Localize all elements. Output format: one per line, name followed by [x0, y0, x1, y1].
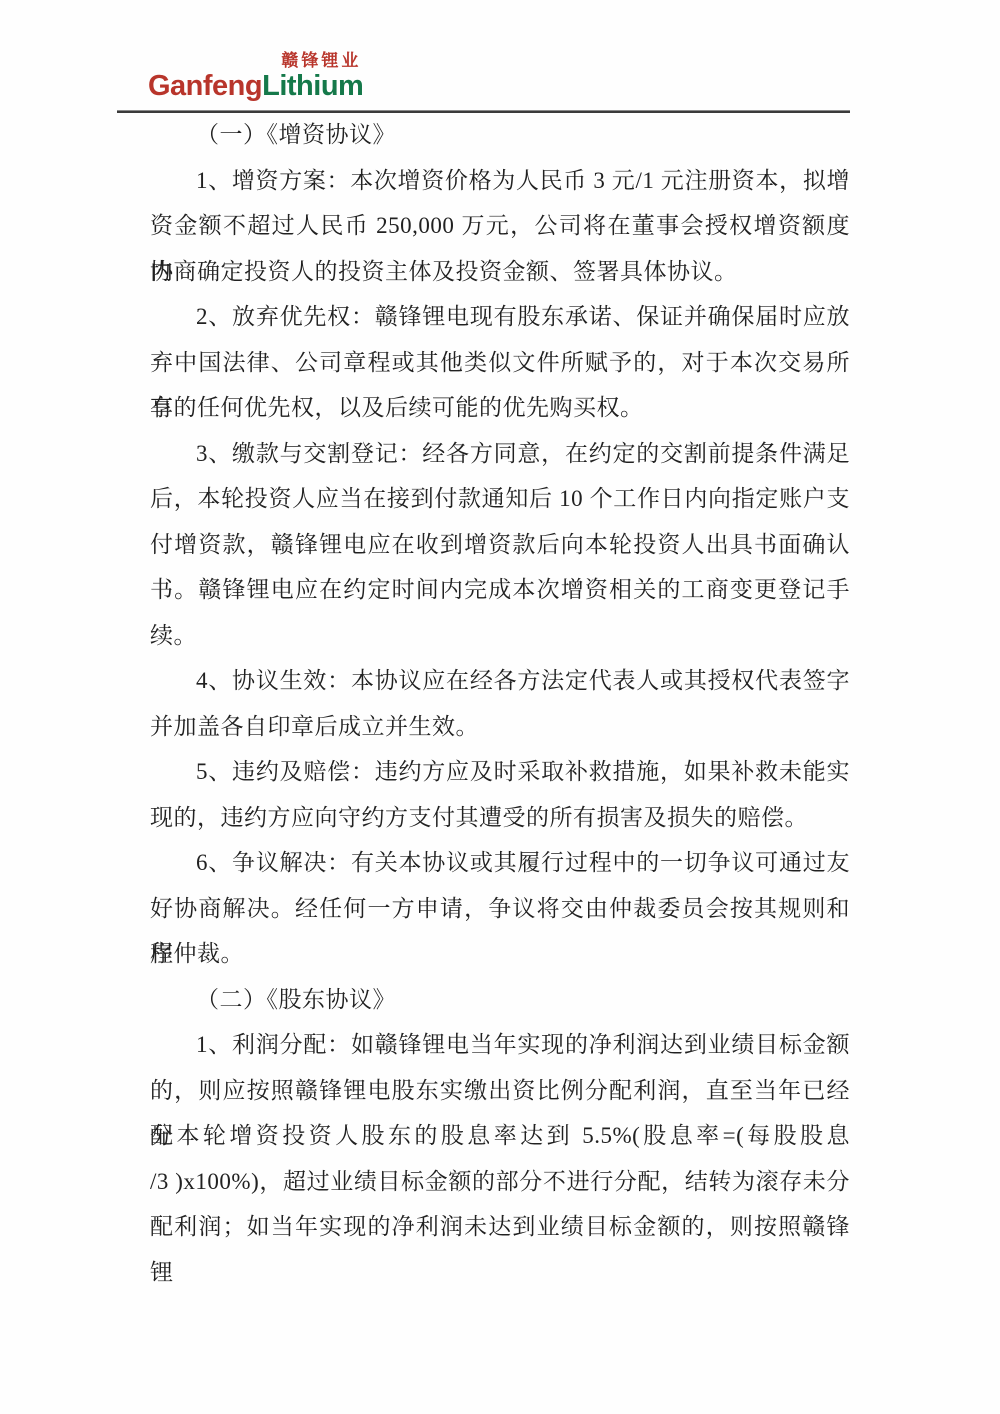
text-line: 弃中国法律、公司章程或其他类似文件所赋予的，对于本次交易所享: [150, 340, 850, 386]
company-logo: 赣锋锂业 GanfengLithium: [148, 52, 363, 101]
text-line: 1、增资方案：本次增资价格为人民币 3 元/1 元注册资本，拟增: [150, 158, 850, 204]
text-line: 后，本轮投资人应当在接到付款通知后 10 个工作日内向指定账户支: [150, 476, 850, 522]
logo-chinese-name: 赣锋锂业: [148, 52, 363, 69]
text-line: 有的任何优先权，以及后续可能的优先购买权。: [150, 385, 850, 431]
text-line: 好协商解决。经任何一方申请，争议将交由仲裁委员会按其规则和程: [150, 886, 850, 932]
text-line: 付增资款，赣锋锂电应在收到增资款后向本轮投资人出具书面确认: [150, 522, 850, 568]
logo-latin-name: GanfengLithium: [148, 72, 363, 101]
logo-lithium-text: Lithium: [262, 70, 363, 102]
text-line: 并加盖各自印章后成立并生效。: [150, 704, 850, 750]
document-page: 赣锋锂业 GanfengLithium （一）《增资协议》1、增资方案：本次增资…: [0, 0, 1000, 1414]
text-line: 资金额不超过人民币 250,000 万元，公司将在董事会授权增资额度内: [150, 203, 850, 249]
document-body: （一）《增资协议》1、增资方案：本次增资价格为人民币 3 元/1 元注册资本，拟…: [150, 112, 850, 1250]
text-line: 续。: [150, 613, 850, 659]
text-line: 6、争议解决：有关本协议或其履行过程中的一切争议可通过友: [150, 840, 850, 886]
text-line: 书。赣锋锂电应在约定时间内完成本次增资相关的工商变更登记手: [150, 567, 850, 613]
text-line: 1、利润分配：如赣锋锂电当年实现的净利润达到业绩目标金额: [150, 1022, 850, 1068]
text-line: （二）《股东协议》: [150, 977, 850, 1023]
text-line: 3、缴款与交割登记：经各方同意，在约定的交割前提条件满足: [150, 431, 850, 477]
text-line: 现的，违约方应向守约方支付其遭受的所有损害及损失的赔偿。: [150, 795, 850, 841]
text-line: 配利润；如当年实现的净利润未达到业绩目标金额的，则按照赣锋锂: [150, 1204, 850, 1250]
text-line: 协商确定投资人的投资主体及投资金额、签署具体协议。: [150, 249, 850, 295]
text-line: /3 )x100%)，超过业绩目标金额的部分不进行分配，结转为滚存未分: [150, 1159, 850, 1205]
text-line: 序仲裁。: [150, 931, 850, 977]
text-line: 4、协议生效：本协议应在经各方法定代表人或其授权代表签字: [150, 658, 850, 704]
text-line: 配本轮增资投资人股东的股息率达到 5.5%(股息率=(每股股息: [150, 1113, 850, 1159]
text-line: （一）《增资协议》: [150, 112, 850, 158]
text-line: 2、放弃优先权：赣锋锂电现有股东承诺、保证并确保届时应放: [150, 294, 850, 340]
logo-ganfeng-text: Ganfeng: [148, 70, 262, 102]
text-line: 的，则应按照赣锋锂电股东实缴出资比例分配利润，直至当年已经分: [150, 1068, 850, 1114]
text-line: 5、违约及赔偿：违约方应及时采取补救措施，如果补救未能实: [150, 749, 850, 795]
